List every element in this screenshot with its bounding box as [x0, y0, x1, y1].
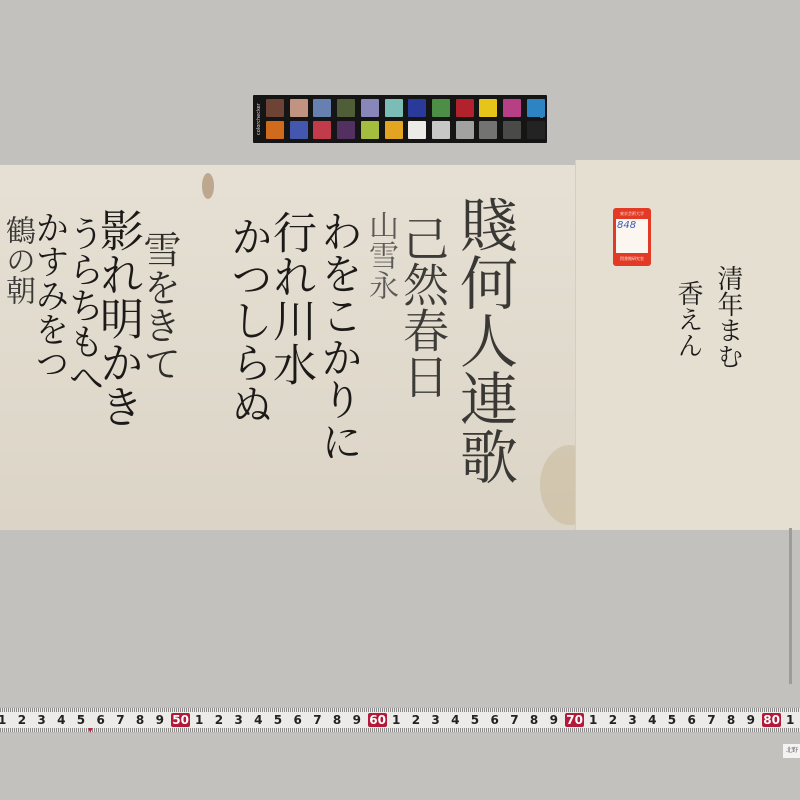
color-patch [337, 121, 355, 139]
color-patch [503, 99, 521, 117]
ruler-ticks [0, 728, 800, 732]
calligraphy-column-9: うらちもへ [65, 215, 101, 395]
color-patch [385, 121, 403, 139]
stain-mark [202, 173, 214, 199]
color-patch [385, 99, 403, 117]
ruler-label: 70 [565, 713, 584, 727]
ruler-label: 1 [0, 713, 6, 727]
color-patch [313, 121, 331, 139]
measuring-tape: 1234567895012345678960123456789701234567… [0, 707, 800, 733]
ruler-label: 7 [313, 713, 321, 727]
color-patch [432, 99, 450, 117]
ruler-label: 6 [294, 713, 302, 727]
ruler-label: 8 [530, 713, 538, 727]
ruler-label: 5 [274, 713, 282, 727]
color-patch [408, 121, 426, 139]
ruler-label: 80 [762, 713, 781, 727]
color-patch [266, 99, 284, 117]
ruler-label: 8 [727, 713, 735, 727]
ruler-label: 2 [18, 713, 26, 727]
color-patch [503, 121, 521, 139]
color-patch [361, 99, 379, 117]
color-patch [527, 121, 545, 139]
label-top-text: 東京芸術大学 [615, 211, 649, 217]
ruler-label: 4 [254, 713, 262, 727]
calligraphy-column-11: 鶴の朝 [2, 215, 32, 305]
side-text-column-1: 清年まむ [715, 265, 741, 369]
ruler-label: 3 [431, 713, 439, 727]
ruler-label: 4 [648, 713, 656, 727]
ruler-label: 6 [688, 713, 696, 727]
ruler-arrow-icon: ▼ [88, 727, 93, 734]
calligraphy-column-1: 賤何人連歌 [455, 195, 513, 485]
ruler-label: 1 [786, 713, 794, 727]
calligraphy-column-7: 雪をきて [140, 230, 178, 382]
ruler-label: 9 [156, 713, 164, 727]
ruler-label: 1 [589, 713, 597, 727]
ruler-label: 9 [550, 713, 558, 727]
color-patch [290, 121, 308, 139]
ruler-label: 5 [77, 713, 85, 727]
ruler-label: 8 [333, 713, 341, 727]
color-patch [479, 99, 497, 117]
color-patch [456, 121, 474, 139]
label-bottom-text: 図書館研究室 [615, 256, 649, 262]
corner-tag: 北野 [783, 744, 800, 758]
ruler-label: 7 [510, 713, 518, 727]
ruler-label: 4 [57, 713, 65, 727]
ruler-label: 3 [628, 713, 636, 727]
ruler-label: 1 [195, 713, 203, 727]
ruler-label: 3 [234, 713, 242, 727]
ruler-label: 1 [392, 713, 400, 727]
ruler-label: 50 [171, 713, 190, 727]
side-text-column-2: 香えん [675, 280, 701, 358]
color-patch [479, 121, 497, 139]
label-number: 848 [617, 220, 636, 231]
color-checker: colorchecker x-rite [253, 95, 547, 143]
ruler-label: 2 [412, 713, 420, 727]
ruler-label: 9 [747, 713, 755, 727]
color-checker-brand: colorchecker [256, 99, 264, 139]
ruler-label: 6 [97, 713, 105, 727]
ruler-label: 5 [471, 713, 479, 727]
color-patch [361, 121, 379, 139]
calligraphy-column-6: かつしらぬ [228, 215, 270, 425]
color-patch [290, 99, 308, 117]
color-patch [408, 99, 426, 117]
ruler-label: 8 [136, 713, 144, 727]
ruler-label: 7 [707, 713, 715, 727]
calligraphy-column-5: 行れ川水 [268, 210, 312, 386]
color-patch [432, 121, 450, 139]
ruler-label: 6 [491, 713, 499, 727]
calligraphy-column-2: 己然春日 [400, 215, 446, 399]
paper-strip [789, 528, 792, 684]
ruler-label: 60 [368, 713, 387, 727]
ruler-label: 4 [451, 713, 459, 727]
ruler-label: 2 [215, 713, 223, 727]
ruler-label: 9 [353, 713, 361, 727]
ruler-label: 3 [37, 713, 45, 727]
color-patch [527, 99, 545, 117]
color-patch [337, 99, 355, 117]
color-patch [266, 121, 284, 139]
calligraphy-column-10: かすみをつ [32, 210, 66, 380]
library-label-sticker: 東京芸術大学 848 図書館研究室 [613, 208, 651, 266]
ruler-label: 7 [116, 713, 124, 727]
ruler-label: 5 [668, 713, 676, 727]
ruler-label: 2 [609, 713, 617, 727]
calligraphy-column-3: 山雪永 [365, 210, 395, 300]
color-patch [313, 99, 331, 117]
color-patch [456, 99, 474, 117]
calligraphy-column-4: わをこかりに [318, 210, 360, 462]
